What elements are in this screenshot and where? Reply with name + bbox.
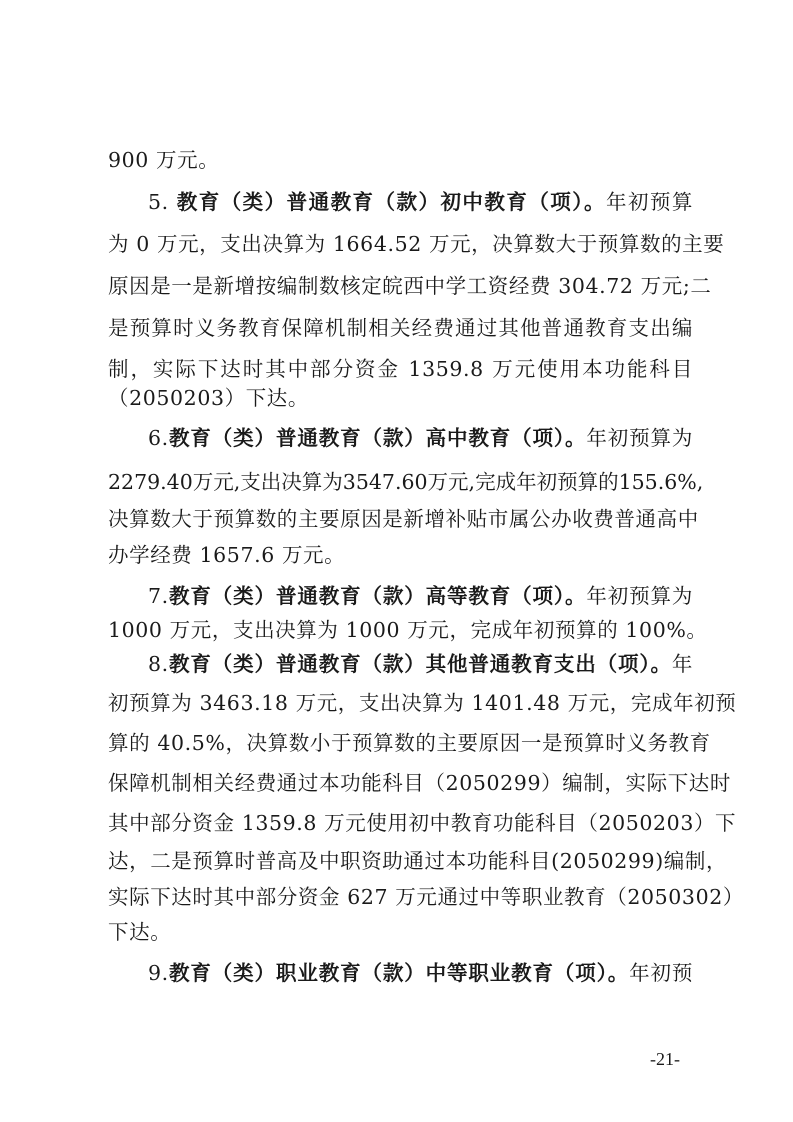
paragraph-line: 原因是一是新增按编制数核定皖西中学工资经费 304.72 万元;二	[108, 274, 693, 298]
paragraph-line: 初预算为 3463.18 万元，支出决算为 1401.48 万元，完成年初预	[108, 691, 693, 715]
paragraph-line: 制，实际下达时其中部分资金 1359.8 万元使用本功能科目	[108, 357, 693, 381]
item-6-heading-line: 6.教育（类）普通教育（款）高中教育（项）。年初预算为	[148, 426, 693, 450]
paragraph-line: 办学经费 1657.6 万元。	[108, 543, 693, 567]
item-heading: 教育（类）普通教育（款）初中教育（项）。	[177, 190, 606, 214]
item-text: 年初预算为	[586, 584, 693, 608]
continued-text: 900 万元。	[108, 148, 693, 172]
item-7-heading-line: 7.教育（类）普通教育（款）高等教育（项）。年初预算为	[148, 584, 693, 608]
item-text: 年初预算为	[586, 426, 693, 450]
paragraph-line: 为 0 万元，支出决算为 1664.52 万元，决算数大于预算数的主要	[108, 232, 693, 256]
item-heading: 教育（类）职业教育（款）中等职业教育（项）。	[169, 961, 629, 985]
item-text: 年初预	[629, 961, 693, 985]
item-text: 年	[672, 652, 693, 676]
paragraph-line: 2279.40万元,支出决算为3547.60万元,完成年初预算的155.6%,	[108, 470, 693, 494]
paragraph-line: （2050203）下达。	[108, 386, 693, 410]
paragraph-line: 1000 万元，支出决算为 1000 万元，完成年初预算的 100%。	[108, 618, 693, 642]
paragraph-line: 保障机制相关经费通过本功能科目（2050299）编制，实际下达时	[108, 771, 693, 795]
paragraph-line: 实际下达时其中部分资金 627 万元通过中等职业教育（2050302）	[108, 885, 693, 909]
item-8-heading-line: 8.教育（类）普通教育（款）其他普通教育支出（项）。年	[148, 652, 693, 676]
item-heading: 教育（类）普通教育（款）高等教育（项）。	[169, 584, 587, 608]
item-5-heading-line: 5. 教育（类）普通教育（款）初中教育（项）。年初预算	[148, 190, 693, 214]
item-number: 5.	[148, 190, 169, 214]
item-number: 7.	[148, 584, 169, 608]
paragraph-line: 达，二是预算时普高及中职资助通过本功能科目(2050299)编制，	[108, 849, 693, 873]
paragraph-line: 算的 40.5%，决算数小于预算数的主要原因一是预算时义务教育	[108, 731, 693, 755]
paragraph-line: 下达。	[108, 920, 693, 944]
item-number: 6.	[148, 426, 169, 450]
item-heading: 教育（类）普通教育（款）其他普通教育支出（项）。	[169, 652, 672, 676]
paragraph-line: 是预算时义务教育保障机制相关经费通过其他普通教育支出编	[108, 316, 693, 340]
item-heading: 教育（类）普通教育（款）高中教育（项）。	[169, 426, 587, 450]
item-number: 8.	[148, 652, 169, 676]
paragraph-line: 决算数大于预算数的主要原因是新增补贴市属公办收费普通高中	[108, 507, 693, 531]
item-number: 9.	[148, 961, 169, 985]
item-text: 年初预算	[606, 190, 693, 214]
paragraph-line: 其中部分资金 1359.8 万元使用初中教育功能科目（2050203）下	[108, 811, 693, 835]
page-number: -21-	[650, 1048, 680, 1070]
item-9-heading-line: 9.教育（类）职业教育（款）中等职业教育（项）。年初预	[148, 961, 693, 985]
